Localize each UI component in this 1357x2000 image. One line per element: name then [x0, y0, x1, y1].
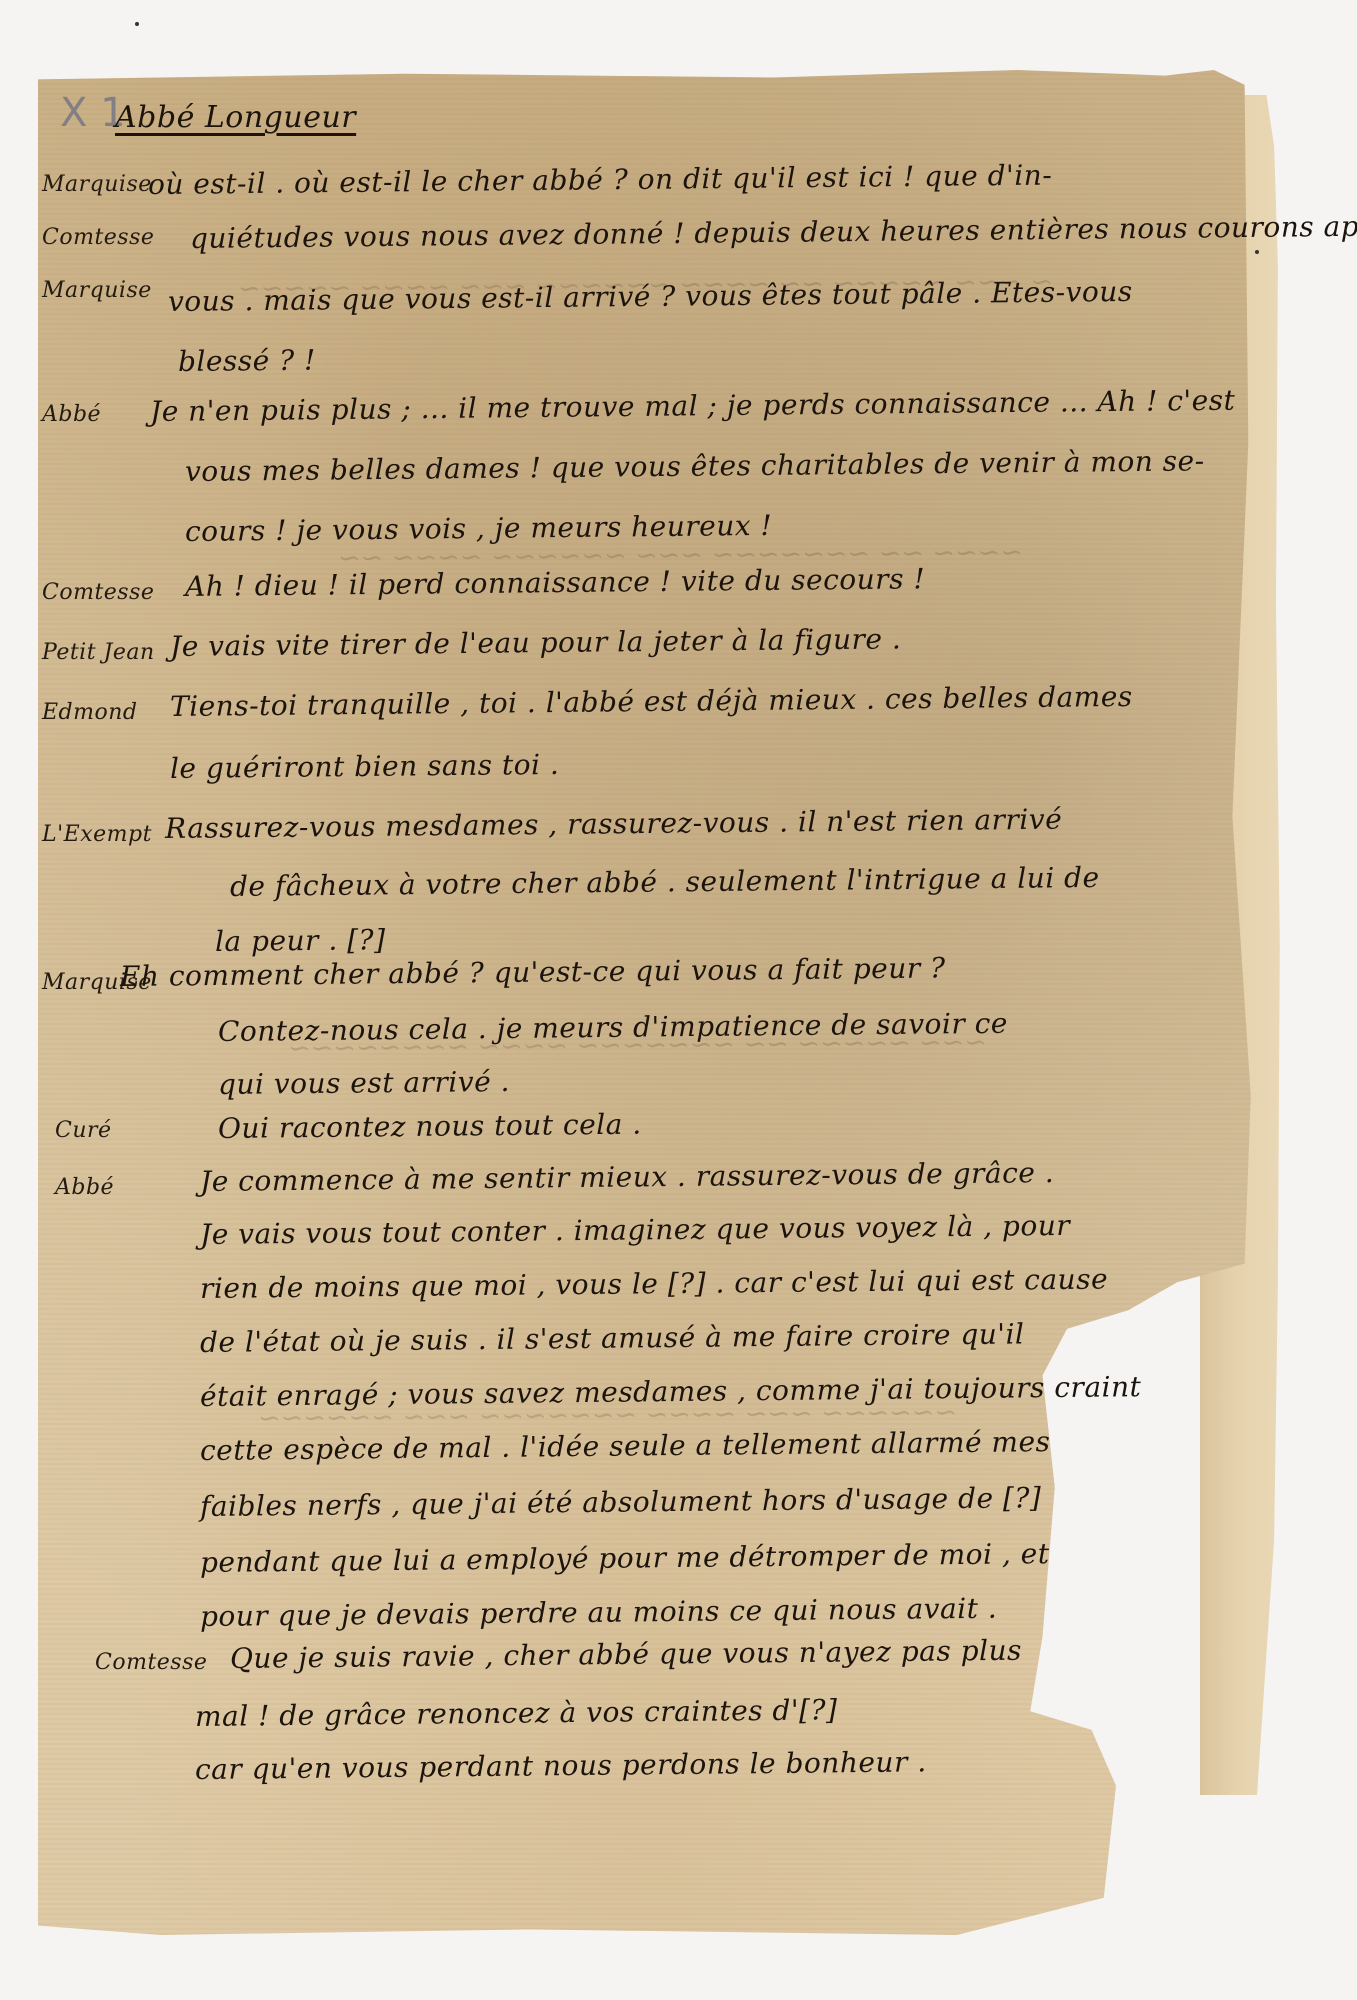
speaker-label: Petit Jean	[42, 640, 155, 665]
speaker-label: Marquise	[42, 172, 152, 197]
manuscript-line: blessé ? !	[178, 344, 316, 378]
speaker-label: Curé	[55, 1118, 112, 1143]
page-heading: Abbé Longueur	[115, 100, 356, 135]
manuscript-line: qui vous est arrivé .	[218, 1065, 510, 1101]
speaker-label: Abbé	[42, 402, 101, 427]
manuscript-line: Oui racontez nous tout cela .	[218, 1108, 642, 1145]
speaker-label: Comtesse	[42, 580, 154, 605]
speaker-label: Comtesse	[42, 225, 154, 250]
manuscript-line: la peur . [?]	[215, 923, 386, 958]
manuscript-line: cours ! je vous vois , je meurs heureux …	[185, 509, 773, 548]
speaker-label: Comtesse	[95, 1650, 207, 1675]
speaker-label: Marquise	[42, 278, 152, 303]
manuscript-line: mal ! de grâce renoncez à vos craintes d…	[195, 1693, 838, 1733]
speaker-label: L'Exempt	[42, 822, 152, 847]
manuscript-scan: ~ ~~~ ~~~~~ ~~ ~~~~ ~~~~~~ ~~~ ~~~~ ~~~~…	[0, 0, 1357, 2000]
speaker-label: Edmond	[42, 700, 138, 725]
stray-mark	[1255, 250, 1259, 254]
speaker-label: Abbé	[55, 1175, 114, 1200]
stray-mark	[135, 22, 139, 26]
manuscript-line: le guériront bien sans toi .	[170, 748, 560, 785]
